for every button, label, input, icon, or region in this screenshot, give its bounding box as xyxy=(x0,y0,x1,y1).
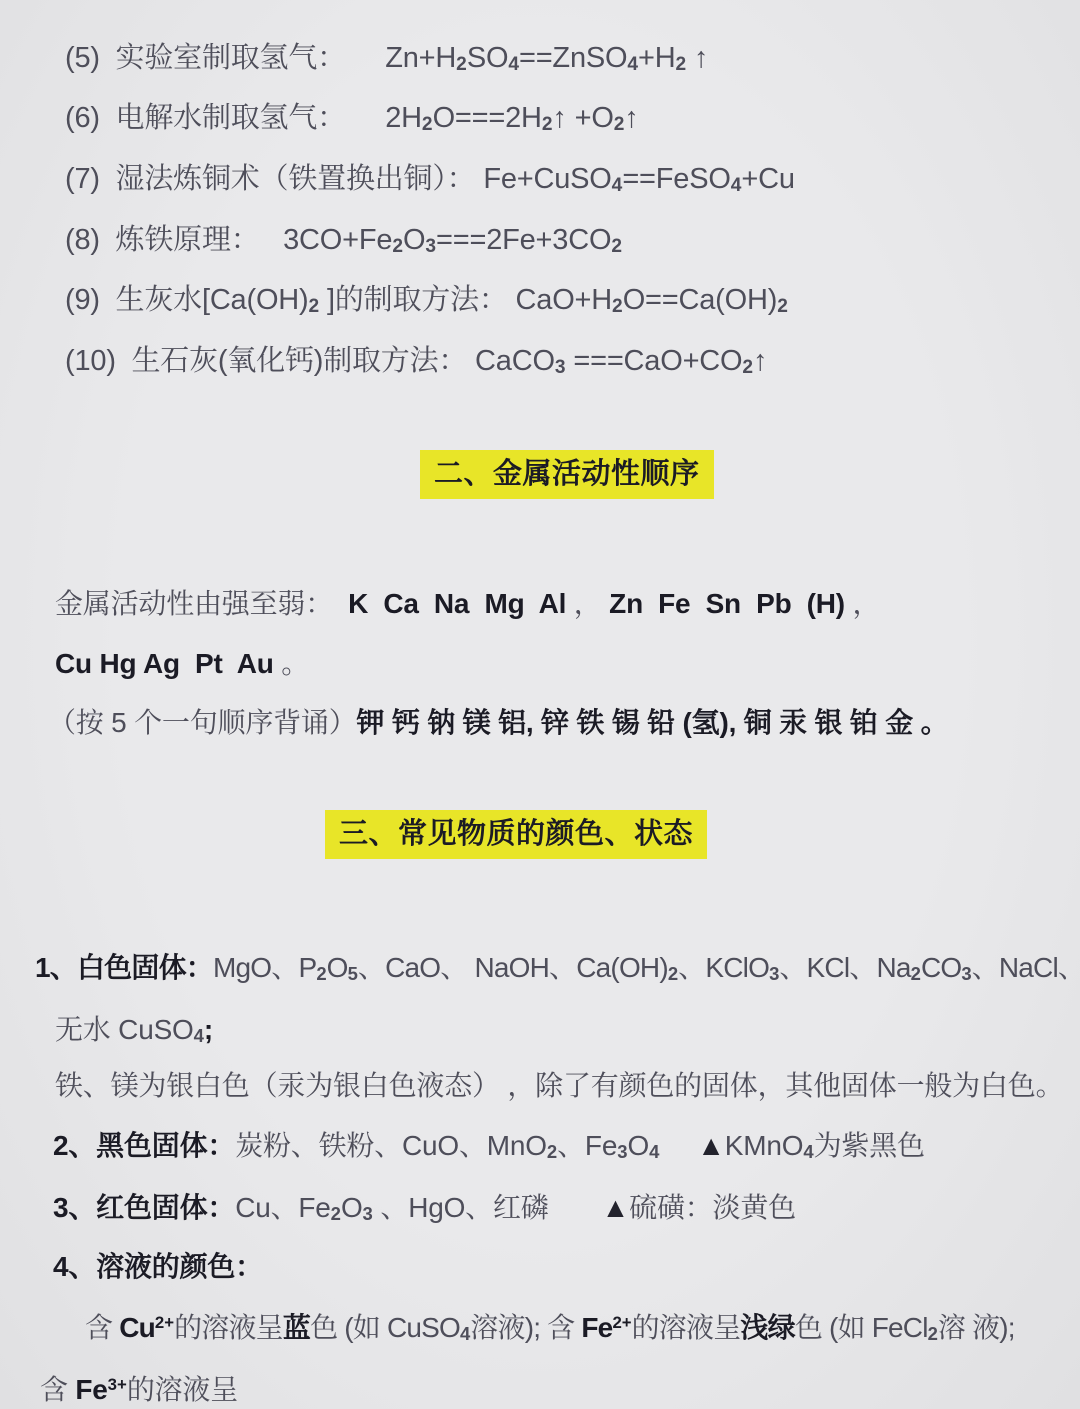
white-solids-continued: 无水 CuSO4; xyxy=(55,1012,213,1047)
red-solids-line: 3、红色固体：Cu、Fe2O3 、HgO、红磷 ▲硫磺：淡黄色 xyxy=(53,1190,796,1225)
solution-colors-line-1: 含 Cu2+的溶液呈蓝色 (如 CuSO4溶液); 含 Fe2+的溶液呈浅绿色 … xyxy=(85,1310,1015,1345)
equation-line-8: (8) 炼铁原理： 3CO+Fe2O3===2Fe+3CO2 xyxy=(65,222,622,259)
equation-line-9: (9) 生灰水[Ca(OH)2 ]的制取方法： CaO+H2O==Ca(OH)2 xyxy=(65,282,788,319)
solution-colors-line-2: 含 Fe3+的溶液呈 xyxy=(40,1372,238,1407)
equation-line-5: (5) 实验室制取氢气： Zn+H2SO4==ZnSO4+H2 ↑ xyxy=(65,40,708,77)
metal-activity-mnemonic-line: （按 5 个一句顺序背诵）钾 钙 钠 镁 铝, 锌 铁 锡 铅 (氢), 铜 汞… xyxy=(48,705,948,740)
silver-white-note: 铁、镁为银白色（汞为银白色液态） ，除了有颜色的固体，其他固体一般为白色。 xyxy=(55,1068,1063,1103)
black-solids-line: 2、黑色固体：炭粉、铁粉、CuO、MnO2、Fe3O4 ▲KMnO4为紫黑色 xyxy=(53,1128,925,1163)
solution-colors-label: 4、溶液的颜色： xyxy=(53,1249,263,1284)
metal-activity-order-line-1: 金属活动性由强至弱： K Ca Na Mg Al ， Zn Fe Sn Pb (… xyxy=(55,586,880,621)
white-solids-line: 1、白色固体：MgO、P2O5、CaO、 NaOH、Ca(OH)2、KClO3、… xyxy=(35,950,1080,985)
section-heading-substance-colors: 三、常见物质的颜色、状态 xyxy=(325,810,707,859)
chemistry-notes-page: (5) 实验室制取氢气： Zn+H2SO4==ZnSO4+H2 ↑ (6) 电解… xyxy=(0,0,1080,1409)
equation-line-6: (6) 电解水制取氢气： 2H2O===2H2↑ +O2↑ xyxy=(65,100,639,137)
metal-activity-order-line-2: Cu Hg Ag Pt Au 。 xyxy=(55,646,309,681)
equation-line-7: (7) 湿法炼铜术（铁置换出铜）： Fe+CuSO4==FeSO4+Cu xyxy=(65,161,795,198)
section-heading-metal-activity: 二、金属活动性顺序 xyxy=(420,450,714,499)
equation-line-10: (10) 生石灰(氧化钙)制取方法： CaCO3 ===CaO+CO2↑ xyxy=(65,343,767,380)
